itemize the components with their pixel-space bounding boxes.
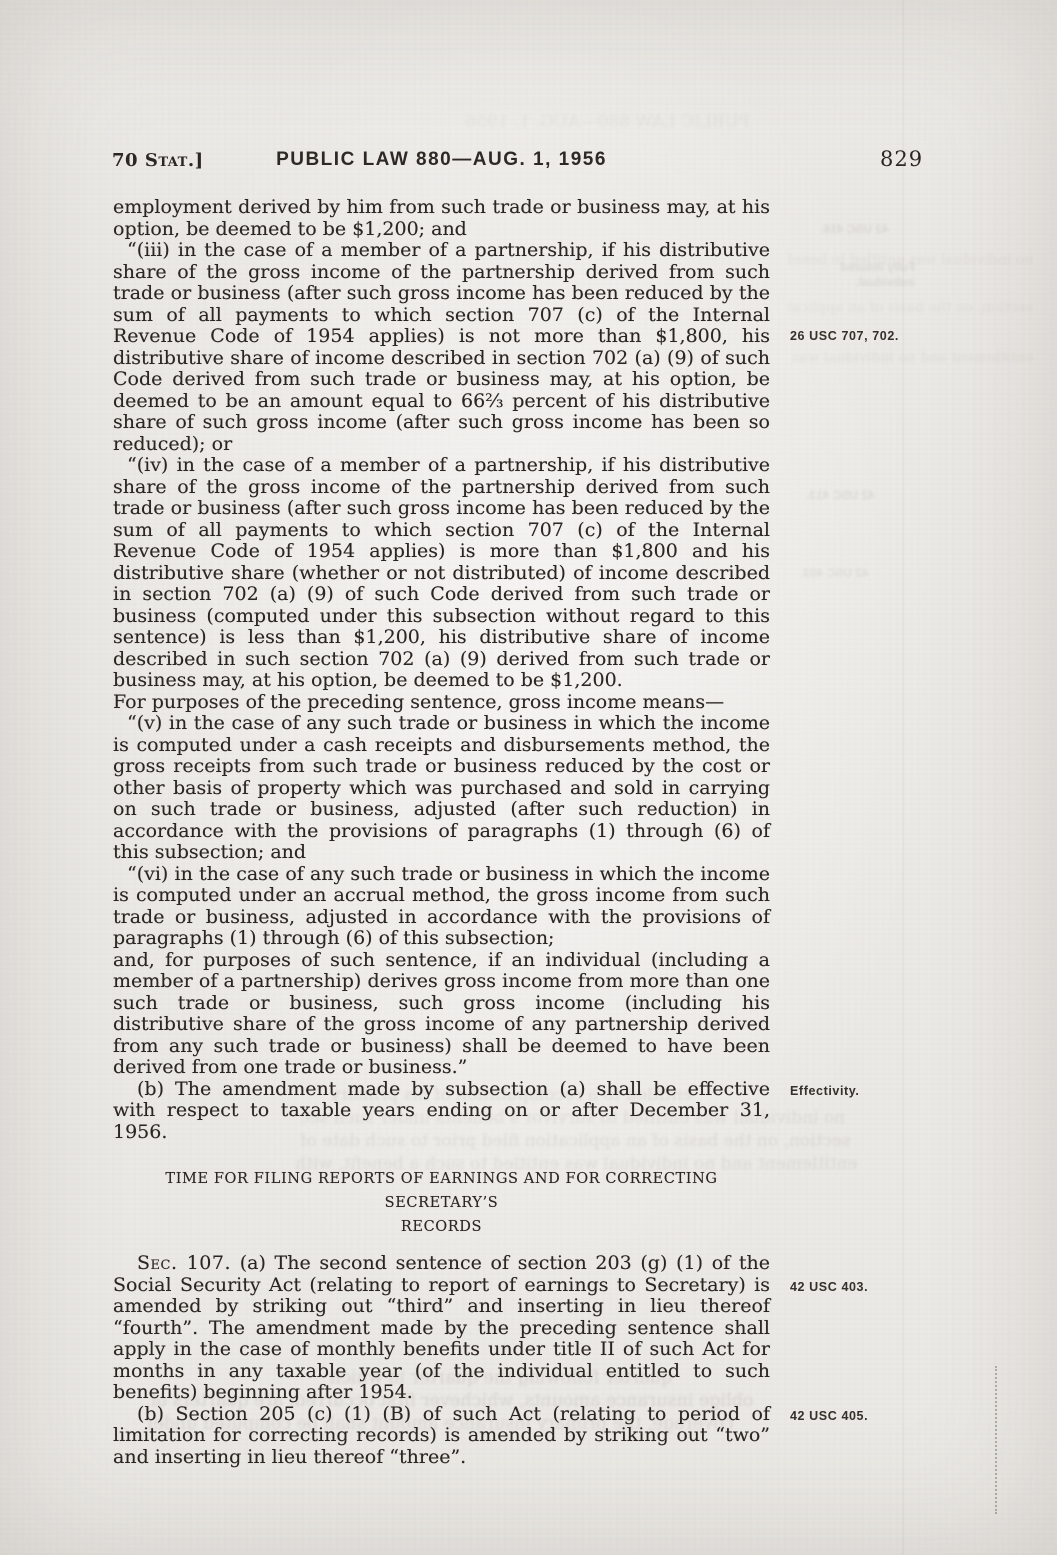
paragraph-subsection-b-effective-date: (b) The amendment made by subsection (a)… bbox=[113, 1079, 770, 1144]
bleedthrough-margin-note: 42 USC 416. bbox=[820, 222, 889, 236]
paragraph-wrapper: Sec. 107. (a) The second sentence of sec… bbox=[113, 1253, 770, 1404]
paragraph-clause-vi: “(vi) in the case of any such trade or b… bbox=[113, 864, 770, 950]
margin-note-42-usc-403: 42 USC 403. bbox=[790, 1277, 868, 1299]
section-number-label: Sec. 107. bbox=[137, 1252, 231, 1274]
paragraph-clause-iv: “(iv) in the case of a member of a partn… bbox=[113, 455, 770, 692]
section-heading: TIME FOR FILING REPORTS OF EARNINGS AND … bbox=[113, 1167, 770, 1239]
paragraph-clause-v: “(v) in the case of any such trade or bu… bbox=[113, 713, 770, 864]
scan-gutter-streak bbox=[902, 0, 904, 1555]
section-107a-text: (a) The second sentence of section 203 (… bbox=[113, 1252, 770, 1403]
bleedthrough-text-line: entitlement and no individual was entitl… bbox=[788, 350, 1033, 366]
paragraph-wrapper: (b) Section 205 (c) (1) (B) of such Act … bbox=[113, 1404, 770, 1469]
paragraph-sec-107b: (b) Section 205 (c) (1) (B) of such Act … bbox=[113, 1404, 770, 1469]
bleedthrough-margin-note: Fully insured individual. bbox=[803, 260, 915, 290]
paragraph-wrapper: “(iii) in the case of a member of a part… bbox=[113, 240, 770, 455]
section-heading-line1: TIME FOR FILING REPORTS OF EARNINGS AND … bbox=[113, 1167, 770, 1215]
binding-perforation-dots bbox=[995, 1366, 997, 1514]
bleedthrough-header-ghost: PUBLIC LAW 880—AUG. 1, 1956 bbox=[420, 112, 750, 132]
bleedthrough-margin-note: 42 USC 413. bbox=[806, 488, 875, 502]
bleedthrough-text-line: no individual was entitled to benefits u… bbox=[788, 252, 1033, 268]
margin-note-42-usc-405: 42 USC 405. bbox=[790, 1406, 868, 1428]
paragraph-and-for-purposes: and, for purposes of such sentence, if a… bbox=[113, 950, 770, 1079]
margin-note-effectivity: Effectivity. bbox=[790, 1081, 860, 1103]
public-law-title: PUBLIC LAW 880—AUG. 1, 1956 bbox=[113, 149, 770, 171]
paragraph-for-purposes: For purposes of the preceding sentence, … bbox=[113, 692, 770, 714]
margin-note-26-usc-707-702: 26 USC 707, 702. bbox=[790, 326, 899, 348]
bleedthrough-text-line: section, on the basis of an application … bbox=[788, 300, 1033, 316]
paragraph-sec-107a: Sec. 107. (a) The second sentence of sec… bbox=[113, 1253, 770, 1404]
paragraph-wrapper: (b) The amendment made by subsection (a)… bbox=[113, 1079, 770, 1144]
bleedthrough-margin-note: 42 USC 403. bbox=[800, 566, 869, 580]
scanned-statute-page: PUBLIC LAW 880—AUG. 1, 1956 42 USC 416. … bbox=[0, 0, 1057, 1555]
paragraph-clause-iii: “(iii) in the case of a member of a part… bbox=[113, 240, 770, 455]
paragraph-amendment-continuation: employment derived by him from such trad… bbox=[113, 197, 770, 240]
section-heading-line2: RECORDS bbox=[113, 1215, 770, 1239]
statute-text-column: employment derived by him from such trad… bbox=[113, 197, 770, 1468]
